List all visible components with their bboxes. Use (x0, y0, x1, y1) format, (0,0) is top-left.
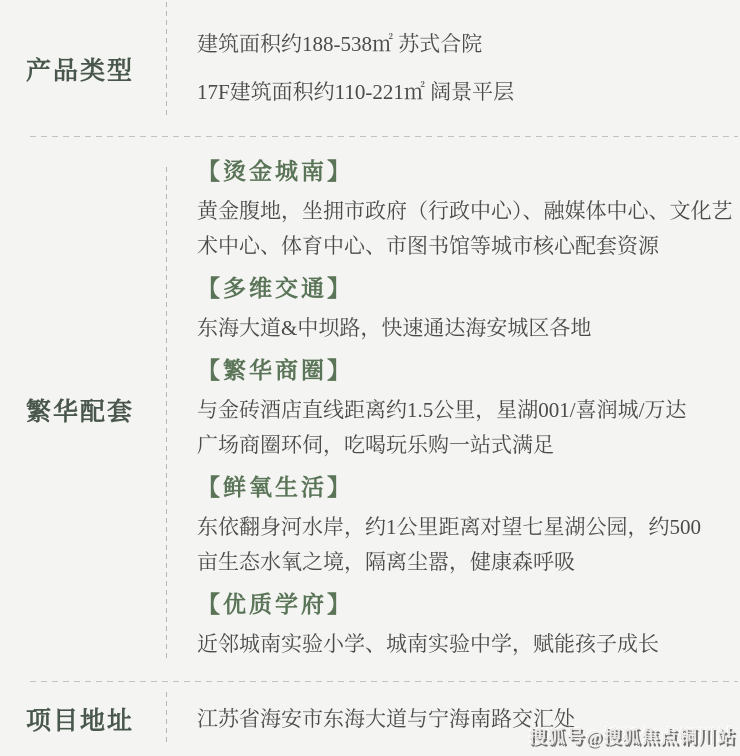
row-label-amenities: 繁华配套 (0, 137, 160, 682)
property-info-sheet: 产品类型 建筑面积约188-538㎡ 苏式合院17F建筑面积约110-221㎡ … (0, 0, 740, 756)
feature-title: 【烫金城南】 (197, 155, 712, 189)
address-value: 江苏省海安市东海大道与宁海南路交汇处 (197, 702, 575, 737)
feature-line: 亩生态水氧之境，隔离尘嚣，健康森呼吸 (197, 545, 712, 580)
vertical-divider (166, 167, 167, 660)
feature-title: 【繁华商圈】 (197, 354, 712, 388)
feature-line: 与金砖酒店直线距离约1.5公里，星湖001/喜润城/万达 (197, 393, 712, 428)
feature-line: 东依翻身河水岸，约1公里距离对望七星湖公园，约500 (197, 510, 712, 545)
feature-line: 东海大道&中坝路，快速通达海安城区各地 (197, 311, 712, 346)
feature-title: 【优质学府】 (197, 588, 712, 622)
feature-title: 【鲜氧生活】 (197, 471, 712, 505)
product-line: 建筑面积约188-538㎡ 苏式合院 (197, 27, 712, 62)
row-label-product-type: 产品类型 (0, 0, 160, 137)
feature-line: 黄金腹地，坐拥市政府（行政中心）、融媒体中心、文化艺 (197, 194, 712, 229)
amenities-content: 【烫金城南】黄金腹地，坐拥市政府（行政中心）、融媒体中心、文化艺术中心、体育中心… (197, 155, 712, 670)
feature-block: 【繁华商圈】与金砖酒店直线距离约1.5公里，星湖001/喜润城/万达广场商圈环伺… (197, 354, 712, 463)
sohu-watermark: 搜狐号@搜狐焦点铜川站 (528, 723, 736, 749)
feature-title: 【多维交通】 (197, 272, 712, 306)
feature-line: 术中心、体育中心、市图书馆等城市核心配套资源 (197, 229, 712, 264)
row-label-address: 项目地址 (0, 682, 160, 756)
feature-line: 广场商圈环伺，吃喝玩乐购一站式满足 (197, 428, 712, 463)
feature-line: 近邻城南实验小学、城南实验中学，赋能孩子成长 (197, 627, 712, 662)
product-line: 17F建筑面积约110-221㎡ 阔景平层 (197, 75, 712, 110)
vertical-divider (166, 692, 167, 745)
feature-block: 【优质学府】近邻城南实验小学、城南实验中学，赋能孩子成长 (197, 588, 712, 662)
product-type-content: 建筑面积约188-538㎡ 苏式合院17F建筑面积约110-221㎡ 阔景平层 (197, 0, 712, 137)
feature-block: 【烫金城南】黄金腹地，坐拥市政府（行政中心）、融媒体中心、文化艺术中心、体育中心… (197, 155, 712, 264)
vertical-divider (166, 2, 167, 117)
feature-block: 【鲜氧生活】东依翻身河水岸，约1公里距离对望七星湖公园，约500亩生态水氧之境，… (197, 471, 712, 580)
feature-block: 【多维交通】东海大道&中坝路，快速通达海安城区各地 (197, 272, 712, 346)
